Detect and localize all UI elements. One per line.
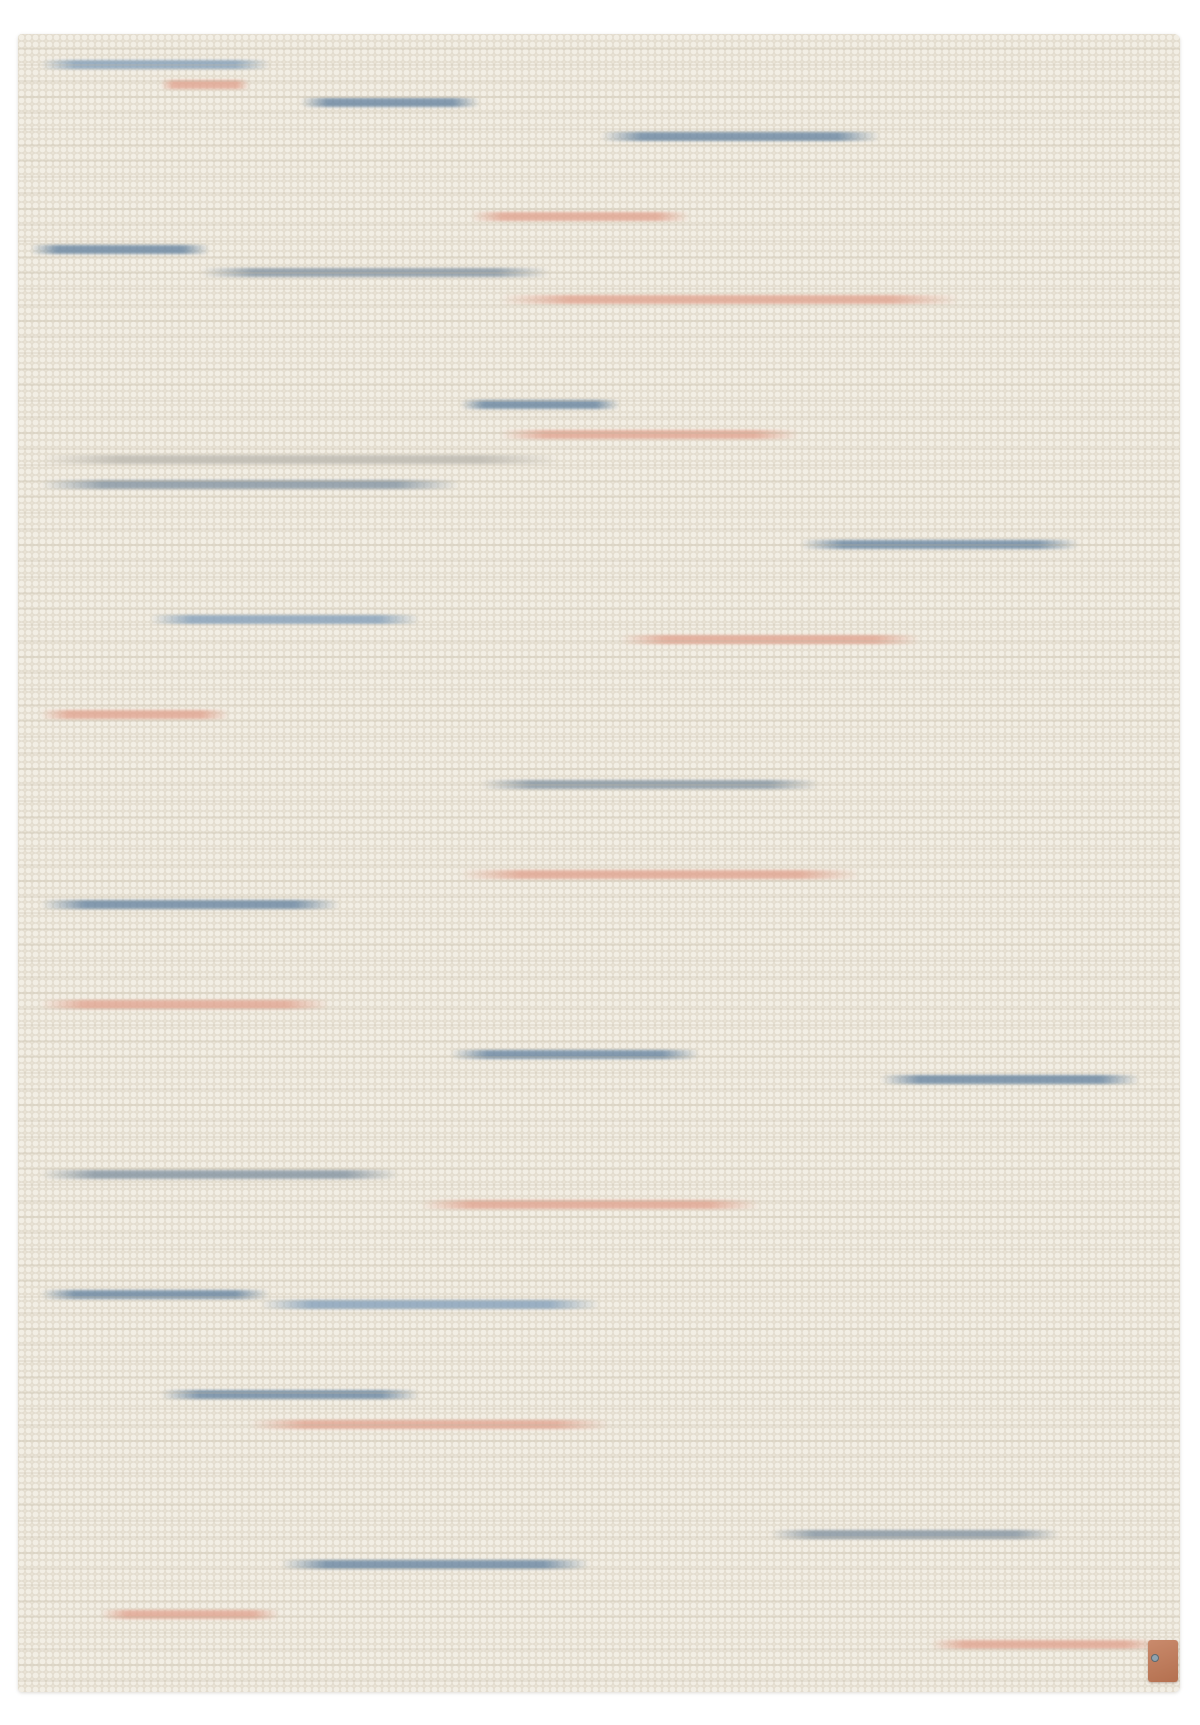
color-streak <box>200 268 550 277</box>
color-streak <box>40 480 460 489</box>
color-streak <box>480 780 820 789</box>
color-streak <box>300 98 480 107</box>
color-streak <box>460 400 620 409</box>
color-streak <box>500 295 960 304</box>
color-streak <box>460 870 860 879</box>
color-streak <box>880 1075 1140 1084</box>
color-streak <box>500 430 800 439</box>
color-streak <box>40 455 560 464</box>
color-streak <box>420 1200 760 1209</box>
color-streak <box>100 1610 280 1619</box>
color-streak <box>160 80 250 89</box>
color-streak <box>40 900 340 909</box>
color-streak <box>30 245 210 254</box>
color-streak <box>600 132 880 141</box>
color-streak <box>450 1050 700 1059</box>
woven-rug <box>18 34 1180 1692</box>
color-streak <box>930 1640 1160 1649</box>
color-streak <box>800 540 1080 549</box>
color-streak <box>250 1420 610 1429</box>
color-streak <box>620 635 920 644</box>
color-streak <box>40 1000 330 1009</box>
color-streak <box>470 212 690 221</box>
color-streak <box>40 710 230 719</box>
color-streak <box>770 1530 1060 1539</box>
color-streak <box>40 1170 400 1179</box>
color-streak <box>260 1300 600 1309</box>
color-streak <box>40 60 270 69</box>
color-streak <box>150 615 420 624</box>
color-streak <box>280 1560 590 1569</box>
color-streak <box>40 1290 270 1299</box>
rivet-icon <box>1151 1654 1159 1662</box>
leather-label-tag <box>1148 1640 1178 1682</box>
color-streak <box>160 1390 420 1399</box>
